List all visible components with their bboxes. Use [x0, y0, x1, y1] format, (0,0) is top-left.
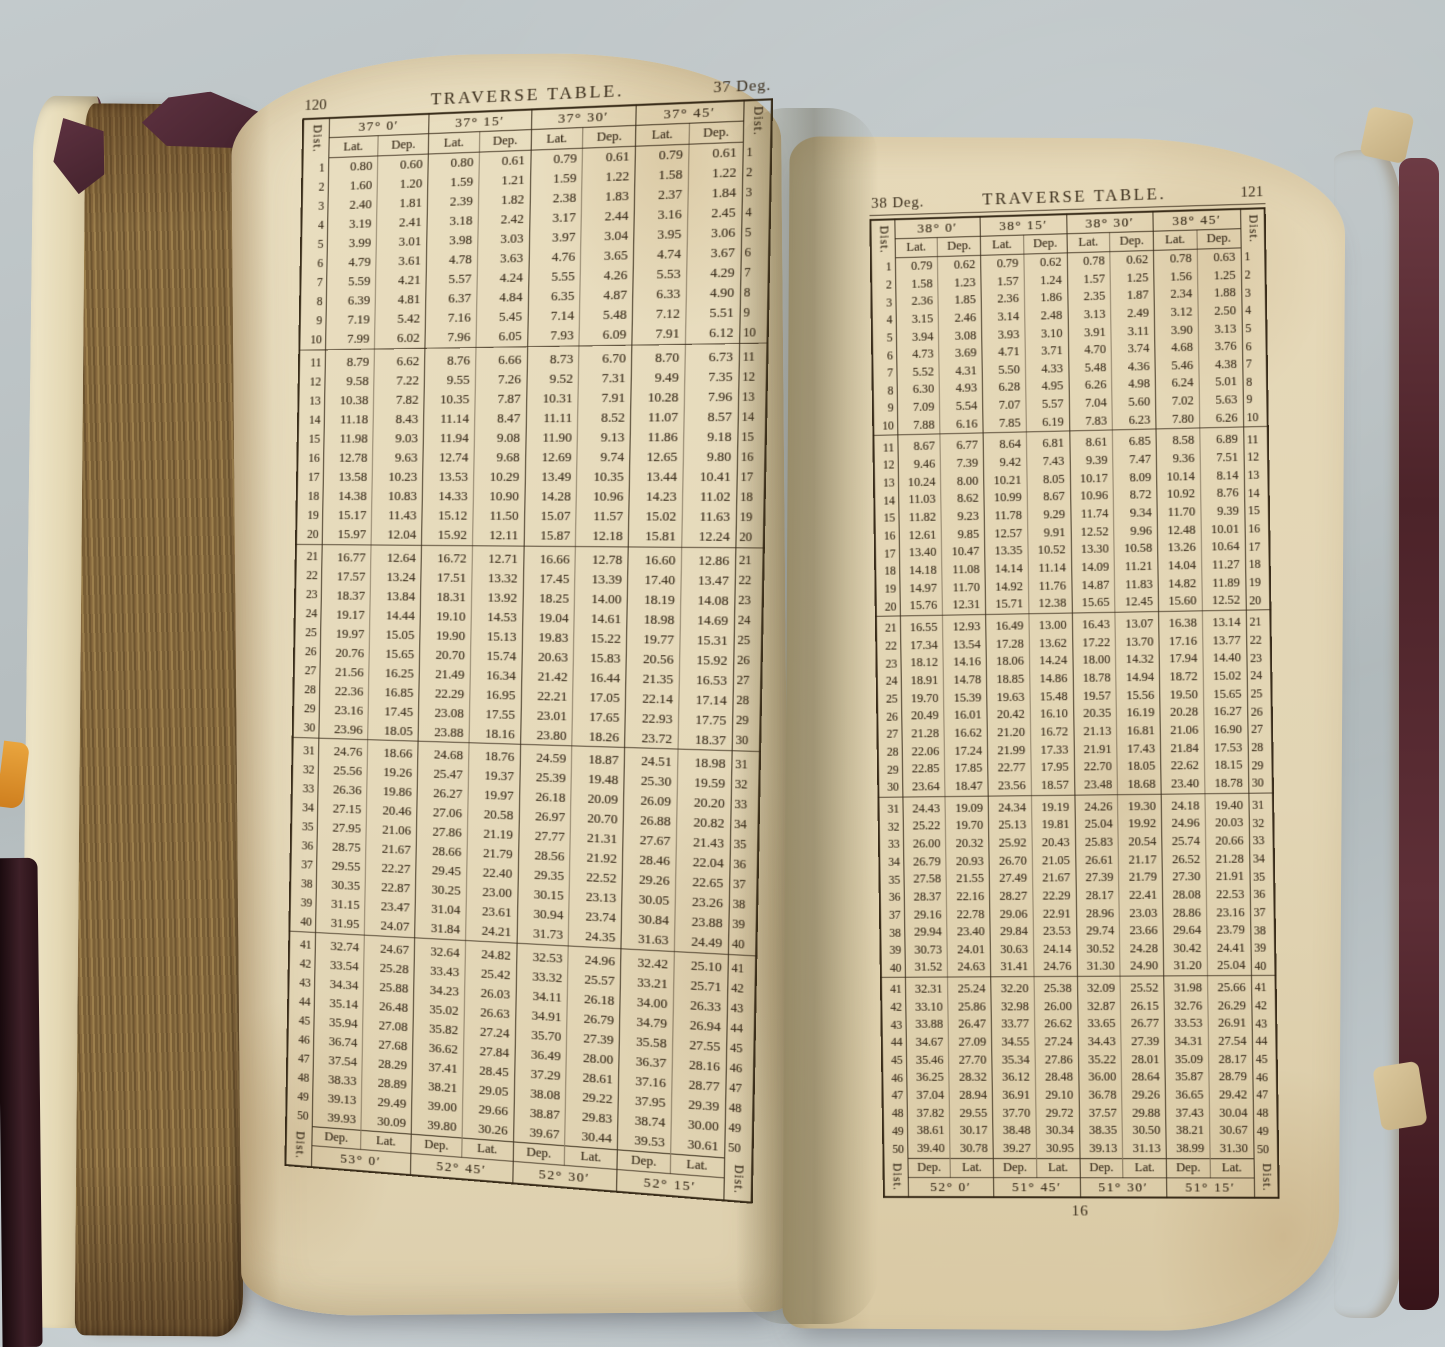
lat-cell: 11.98	[323, 429, 373, 448]
lat-cell: 31.98	[1164, 976, 1208, 998]
lat-cell: 37.43	[1166, 1104, 1210, 1122]
dist-cell: 1	[1241, 247, 1266, 266]
dep-cell: 24.90	[1120, 958, 1164, 977]
dep-cell: 1.21	[478, 170, 530, 191]
lat-cell: 11.86	[630, 427, 684, 447]
dist-cell: 26	[294, 642, 320, 662]
dist-cell: 19	[736, 507, 765, 527]
dist-column-header: Dist.	[1240, 208, 1265, 248]
dist-cell: 12	[738, 367, 767, 387]
dep-cell: 2.49	[1111, 304, 1155, 323]
dep-cell: 5.60	[1112, 393, 1156, 412]
lat-cell: 34.43	[1078, 1033, 1122, 1051]
dep-cell: 8.62	[941, 490, 984, 509]
table-row: 4333.8826.4733.7726.6233.6526.7733.5326.…	[881, 1015, 1276, 1034]
dep-cell: 16.85	[369, 682, 419, 702]
dist-cell: 22	[1246, 631, 1271, 649]
photo-backdrop: 120 TRAVERSE TABLE. 37 Deg. Dist.37° 0′3…	[0, 0, 1445, 1347]
dep-cell: 23.00	[466, 882, 518, 904]
lat-cell: 25.83	[1075, 833, 1119, 851]
table-row: 1612.789.6312.749.6812.699.7412.659.8016	[297, 447, 765, 468]
lat-cell: 31.20	[1163, 957, 1207, 976]
lat-cell: 1.56	[1154, 267, 1198, 286]
dep-cell: 18.47	[945, 777, 988, 796]
lat-cell: 5.48	[1068, 359, 1112, 378]
dist-cell: 18	[736, 487, 765, 507]
dep-cell: 19.40	[1205, 793, 1249, 815]
lat-cell: 8.58	[1156, 428, 1200, 450]
dep-header: Dep.	[689, 122, 743, 145]
lat-cell: 35.22	[1078, 1051, 1122, 1069]
dist-cell: 21	[876, 616, 900, 638]
dep-cell: 21.05	[1032, 852, 1075, 870]
dep-cell: 24.28	[1120, 940, 1164, 958]
degree-group-footer: 52° 0′	[908, 1177, 994, 1197]
lat-cell: 31.41	[990, 958, 1033, 976]
dep-cell: 13.84	[370, 586, 421, 606]
lat-header: Lat.	[1153, 230, 1197, 250]
lat-cell: 29.06	[990, 905, 1033, 923]
dist-cell: 20	[876, 598, 900, 617]
dep-cell: 27.09	[949, 1034, 992, 1052]
dist-cell: 44	[1252, 1033, 1277, 1051]
dist-cell: 38	[1250, 921, 1275, 939]
lat-cell: 24.51	[624, 748, 678, 773]
dep-cell: 18.68	[1117, 775, 1161, 794]
lat-cell: 12.61	[899, 526, 942, 545]
dep-cell: 3.04	[581, 226, 634, 247]
dep-cell: 17.65	[572, 706, 625, 727]
lat-cell: 10.92	[1157, 485, 1201, 504]
dist-cell: 6	[741, 242, 770, 263]
lat-cell: 16.66	[523, 546, 575, 569]
dist-cell: 50	[883, 1140, 907, 1158]
dep-cell: 14.86	[1029, 670, 1072, 688]
dep-cell: 6.26	[1199, 409, 1243, 428]
lat-cell: 10.21	[984, 471, 1027, 490]
table-row: 4938.6130.1738.4830.3438.3530.5038.2130.…	[883, 1122, 1278, 1140]
dist-cell: 4	[741, 202, 770, 223]
dep-cell: 4.24	[477, 268, 529, 289]
lat-cell: 35.34	[992, 1051, 1035, 1069]
dep-cell: 8.67	[1027, 488, 1070, 507]
lat-cell: 7.83	[1069, 412, 1113, 431]
dep-cell: 11.50	[473, 506, 525, 526]
lat-cell: 22.36	[319, 681, 369, 701]
lat-cell: 11.94	[423, 428, 474, 448]
dep-cell: 15.13	[470, 626, 522, 646]
lat-header: Lat.	[980, 235, 1023, 255]
dep-cell: 24.49	[674, 931, 728, 954]
dep-cell: 3.01	[376, 232, 427, 253]
dist-cell: 43	[727, 997, 756, 1019]
dep-cell: 15.05	[370, 624, 420, 644]
dep-cell: 13.62	[1029, 634, 1072, 652]
dep-cell: 20.70	[571, 808, 624, 830]
lat-cell: 8.67	[897, 434, 940, 456]
dep-cell: 14.24	[1029, 652, 1072, 670]
lat-cell: 28.86	[1163, 904, 1207, 922]
lat-cell: 3.90	[1154, 321, 1198, 340]
lat-cell: 3.93	[982, 325, 1025, 344]
lat-cell: 4.70	[1068, 341, 1112, 360]
running-title: TRAVERSE TABLE.	[961, 183, 1188, 210]
dep-cell: 23.16	[1206, 904, 1250, 922]
lat-cell: 24.59	[520, 745, 572, 769]
lat-cell: 5.46	[1155, 357, 1199, 376]
lat-cell: 12.78	[323, 448, 373, 467]
dep-cell: 7.91	[578, 388, 631, 408]
lat-cell: 4.76	[529, 247, 581, 268]
dep-cell: 18.87	[572, 746, 625, 771]
dep-cell: 16.19	[1116, 704, 1160, 722]
lat-cell: 15.12	[422, 506, 473, 526]
lat-cell: 13.35	[985, 542, 1028, 561]
lat-cell: 3.99	[327, 233, 377, 254]
lat-cell: 35.87	[1165, 1069, 1209, 1087]
lat-cell: 23.96	[318, 719, 368, 740]
lat-cell: 38.61	[907, 1122, 950, 1140]
dep-cell: 5.42	[375, 309, 426, 329]
dist-cell: 12	[1243, 448, 1268, 466]
lat-cell: 14.82	[1158, 575, 1202, 594]
dist-cell: 15	[874, 509, 898, 527]
dep-cell: 10.52	[1028, 541, 1071, 560]
dist-cell: 7	[300, 273, 326, 293]
dep-cell: 1.25	[1197, 266, 1241, 285]
dist-cell: 33	[730, 794, 759, 815]
lat-cell: 30.94	[517, 904, 569, 926]
lat-cell: 19.50	[1160, 686, 1204, 704]
dist-cell: 30	[293, 718, 319, 738]
lat-cell: 37.57	[1079, 1104, 1123, 1122]
lat-cell: 3.94	[896, 328, 939, 347]
dist-cell: 4	[301, 216, 327, 236]
dep-cell: 18.05	[368, 720, 418, 741]
lat-cell: 21.06	[1160, 721, 1204, 739]
dist-cell: 37	[880, 906, 904, 924]
dep-cell: 28.48	[1035, 1069, 1078, 1087]
lat-cell: 37.04	[906, 1087, 949, 1105]
lat-cell: 17.34	[900, 636, 943, 654]
dep-cell: 23.47	[365, 896, 415, 918]
lat-cell: 26.27	[417, 783, 468, 804]
dist-cell: 17	[875, 545, 899, 563]
dist-cell: 8	[740, 282, 769, 303]
dep-cell: 16.10	[1030, 705, 1073, 723]
lat-cell: 25.74	[1162, 833, 1206, 851]
dist-cell: 35	[1249, 868, 1274, 886]
lat-cell: 12.48	[1157, 521, 1201, 540]
dep-cell: 0.62	[1110, 250, 1154, 270]
lat-cell: 16.77	[321, 544, 371, 567]
cover-corner-nub	[1359, 106, 1414, 164]
dep-cell: 4.95	[1025, 378, 1068, 397]
dist-cell: 7	[740, 262, 769, 283]
dep-cell: 4.21	[376, 271, 427, 291]
lat-cell: 9.52	[526, 369, 578, 389]
dep-cell: 17.05	[573, 687, 626, 708]
dist-cell: 9	[1243, 391, 1268, 409]
lat-cell: 14.92	[985, 578, 1028, 596]
dep-cell: 9.91	[1027, 524, 1070, 543]
dep-cell: 21.28	[1206, 850, 1250, 868]
lat-cell: 13.53	[423, 467, 474, 486]
lat-cell: 19.97	[320, 624, 370, 644]
lat-cell: 14.04	[1158, 557, 1202, 576]
lat-cell: 31.04	[415, 899, 466, 921]
dep-cell: 1.22	[582, 167, 635, 189]
dist-cell: 48	[287, 1067, 313, 1088]
dep-cell: 20.66	[1205, 832, 1249, 850]
dist-cell: 33	[1249, 832, 1274, 850]
dep-cell: 13.32	[472, 568, 524, 588]
dep-cell: 10.96	[576, 487, 629, 507]
lat-cell: 0.80	[428, 152, 479, 174]
lat-cell: 16.72	[421, 545, 472, 568]
dist-cell: 32	[1249, 814, 1274, 832]
dist-cell: 39	[1250, 939, 1275, 957]
lat-cell: 19.57	[1073, 687, 1117, 705]
dep-cell: 29.10	[1035, 1087, 1078, 1105]
dep-cell: 9.13	[577, 428, 630, 448]
dep-cell: 30.17	[950, 1122, 993, 1140]
lat-cell: 12.57	[984, 525, 1027, 544]
dist-cell: 40	[881, 959, 905, 977]
dep-cell: 16.81	[1117, 722, 1161, 740]
dist-cell: 26	[1247, 703, 1272, 721]
lat-cell: 17.28	[986, 635, 1029, 653]
lat-cell: 17.94	[1159, 650, 1203, 669]
lat-cell: 1.60	[328, 176, 378, 197]
signature-mark: 16	[883, 1203, 1280, 1221]
table-row: 1713.5810.2313.5310.2913.4910.3513.4410.…	[297, 467, 765, 487]
dep-cell: 0.63	[1197, 248, 1241, 268]
dist-cell: 25	[1247, 685, 1272, 703]
dep-cell: 16.90	[1204, 721, 1248, 739]
lat-cell: 31.63	[621, 928, 675, 951]
left-page-content: 120 TRAVERSE TABLE. 37 Deg. Dist.37° 0′3…	[284, 74, 773, 1204]
dep-cell: 2.41	[377, 213, 428, 234]
page-number: 120	[304, 95, 378, 115]
dep-cell: 25.38	[1034, 977, 1077, 998]
lat-cell: 22.85	[902, 760, 945, 778]
dist-cell: 50	[286, 1105, 312, 1126]
dep-cell: 16.53	[679, 669, 733, 690]
dist-cell: 37	[1250, 903, 1275, 921]
lat-cell: 6.39	[326, 291, 376, 311]
lat-cell: 12.52	[1071, 523, 1115, 542]
dist-cell: 14	[874, 492, 898, 510]
lat-cell: 33.53	[1164, 1015, 1208, 1033]
lat-cell: 13.40	[899, 544, 942, 562]
dep-cell: 22.16	[947, 888, 990, 906]
lat-cell: 29.16	[904, 906, 947, 924]
dep-cell: 20.82	[676, 812, 730, 834]
dep-cell: 14.78	[943, 671, 986, 689]
dep-cell: 24.01	[947, 941, 990, 959]
dep-cell: 10.41	[683, 467, 737, 487]
dep-cell: 0.61	[479, 150, 531, 172]
dep-cell: 17.24	[944, 742, 987, 760]
dep-cell: 12.18	[576, 526, 629, 547]
lat-cell: 11.18	[324, 410, 374, 429]
dep-cell: 3.69	[939, 344, 982, 363]
dep-cell: 23.61	[466, 901, 518, 923]
lat-cell: 0.78	[1067, 252, 1111, 272]
lat-cell: 28.96	[1076, 905, 1120, 923]
lat-cell: 3.16	[634, 205, 688, 226]
lat-cell: 4.74	[633, 244, 687, 265]
page-number: 121	[1188, 184, 1264, 203]
dist-cell: 25	[877, 690, 901, 708]
dist-column-footer: Dist.	[883, 1158, 908, 1197]
dist-cell: 26	[877, 708, 901, 726]
lat-cell: 18.00	[1072, 651, 1116, 669]
lat-cell: 19.90	[420, 625, 471, 645]
lat-cell: 33.10	[905, 998, 948, 1016]
lat-cell: 23.01	[520, 705, 572, 726]
lat-cell: 8.70	[631, 344, 685, 368]
lat-cell: 14.28	[524, 487, 576, 507]
dist-cell: 1	[742, 141, 771, 163]
dep-cell: 9.29	[1027, 506, 1070, 525]
dist-cell: 15	[737, 427, 766, 447]
dep-cell: 5.63	[1199, 391, 1243, 410]
dist-cell: 16	[737, 447, 766, 467]
dist-cell: 49	[286, 1086, 312, 1107]
dep-cell: 13.77	[1202, 632, 1246, 651]
dep-cell: 3.11	[1111, 322, 1155, 341]
dep-cell: 4.93	[939, 380, 982, 399]
lat-cell: 27.67	[623, 830, 677, 852]
table-row: 4737.0428.9436.9129.1036.7829.2636.6529.…	[882, 1086, 1277, 1104]
dep-cell: 6.77	[940, 433, 983, 455]
lat-cell: 10.14	[1157, 468, 1201, 487]
lat-cell: 17.45	[523, 569, 575, 589]
table-row: 5039.4030.7839.2730.9539.1331.1338.9931.…	[883, 1140, 1278, 1158]
dep-cell: 17.75	[678, 709, 732, 730]
dist-cell: 32	[731, 774, 760, 795]
dep-cell: 2.46	[938, 309, 981, 328]
lat-cell: 11.14	[424, 409, 475, 429]
lat-cell: 35.09	[1165, 1051, 1209, 1069]
lat-cell: 31.73	[517, 923, 569, 946]
lat-cell: 24.34	[988, 795, 1031, 817]
dep-cell: 19.26	[367, 762, 417, 783]
dep-cell: 18.26	[572, 726, 625, 748]
lat-cell: 23.64	[902, 778, 945, 797]
lat-cell: 20.56	[626, 649, 680, 670]
lat-cell: 15.92	[421, 525, 472, 545]
dep-cell: 9.85	[941, 525, 984, 544]
dep-cell: 15.02	[1203, 667, 1247, 686]
lat-cell: 3.15	[896, 310, 939, 329]
dep-header: Dep.	[1110, 231, 1154, 251]
lat-cell: 0.80	[328, 156, 378, 177]
lat-header: Lat.	[1067, 233, 1111, 253]
lat-cell: 22.62	[1161, 757, 1205, 775]
dep-cell: 19.92	[1118, 815, 1162, 833]
dep-cell: 20.09	[571, 789, 624, 811]
dist-cell: 45	[882, 1052, 906, 1070]
dep-cell: 11.43	[372, 506, 423, 525]
dep-cell: 25.52	[1120, 976, 1164, 998]
dep-cell: 9.74	[577, 447, 630, 467]
dep-cell: 21.79	[467, 843, 519, 865]
dep-cell: 22.53	[1206, 886, 1250, 904]
dep-cell: 6.09	[579, 325, 632, 346]
dep-cell: 24.14	[1033, 940, 1076, 958]
dist-cell: 24	[734, 611, 763, 631]
dist-cell: 29	[1248, 756, 1273, 774]
dep-cell: 10.64	[1201, 538, 1245, 557]
dep-cell: 14.94	[1116, 669, 1160, 687]
lat-cell: 3.95	[634, 224, 688, 245]
dep-cell: 13.00	[1029, 613, 1072, 635]
lat-cell: 8.73	[527, 346, 579, 370]
dep-cell: 18.76	[468, 743, 520, 767]
lat-cell: 30.42	[1163, 940, 1207, 958]
lat-cell: 8.79	[325, 349, 375, 372]
lat-cell: 19.83	[522, 627, 574, 648]
lat-cell: 24.96	[1161, 815, 1205, 833]
dist-column-header: Dist.	[870, 219, 895, 258]
lat-cell: 27.77	[518, 826, 570, 848]
lat-cell: 19.77	[626, 629, 680, 650]
lat-cell: 23.48	[1074, 776, 1118, 795]
table-row: 4434.6727.0934.5527.2434.4327.3934.3127.…	[882, 1033, 1277, 1052]
lat-cell: 30.73	[904, 941, 947, 959]
dep-cell: 19.37	[468, 766, 520, 787]
dep-cell: 30.78	[950, 1140, 993, 1158]
dep-cell: 15.39	[944, 689, 987, 707]
dep-cell: 0.60	[378, 154, 429, 176]
dep-cell: 7.31	[578, 368, 631, 388]
dist-cell: 23	[1246, 649, 1271, 667]
table-row: 4132.3125.2432.2025.3832.0925.5231.9825.…	[881, 975, 1276, 998]
dist-cell: 36	[1250, 886, 1275, 904]
dep-cell: 14.53	[471, 607, 523, 627]
lat-cell: 22.14	[625, 688, 679, 709]
dep-cell: 5.57	[1026, 395, 1069, 414]
dep-cell: 9.63	[373, 448, 424, 467]
lat-cell: 31.52	[905, 959, 948, 977]
lat-cell: 25.92	[989, 834, 1032, 852]
dep-cell: 21.31	[570, 828, 623, 850]
lat-cell: 32.74	[315, 932, 365, 957]
dep-cell: 14.44	[370, 605, 420, 625]
dep-cell: 4.38	[1199, 355, 1243, 374]
dist-cell: 31	[292, 738, 318, 761]
lat-cell: 33.77	[991, 1016, 1034, 1034]
dep-cell: 14.69	[680, 610, 734, 631]
lat-cell: 0.79	[530, 148, 582, 170]
dep-cell: 24.21	[465, 920, 517, 943]
lat-cell: 1.59	[530, 168, 582, 189]
dist-cell: 44	[726, 1017, 755, 1039]
lat-cell: 10.31	[526, 389, 578, 409]
dist-cell: 47	[1253, 1086, 1278, 1104]
lat-cell: 31.30	[1077, 958, 1121, 977]
lat-cell: 27.30	[1162, 868, 1206, 886]
dist-cell: 3	[1241, 283, 1266, 302]
dist-cell: 2	[871, 276, 895, 294]
dep-cell: 30.04	[1209, 1104, 1253, 1122]
lat-cell: 2.34	[1154, 285, 1198, 304]
dist-cell: 46	[882, 1069, 906, 1087]
dist-cell: 22	[735, 571, 764, 591]
